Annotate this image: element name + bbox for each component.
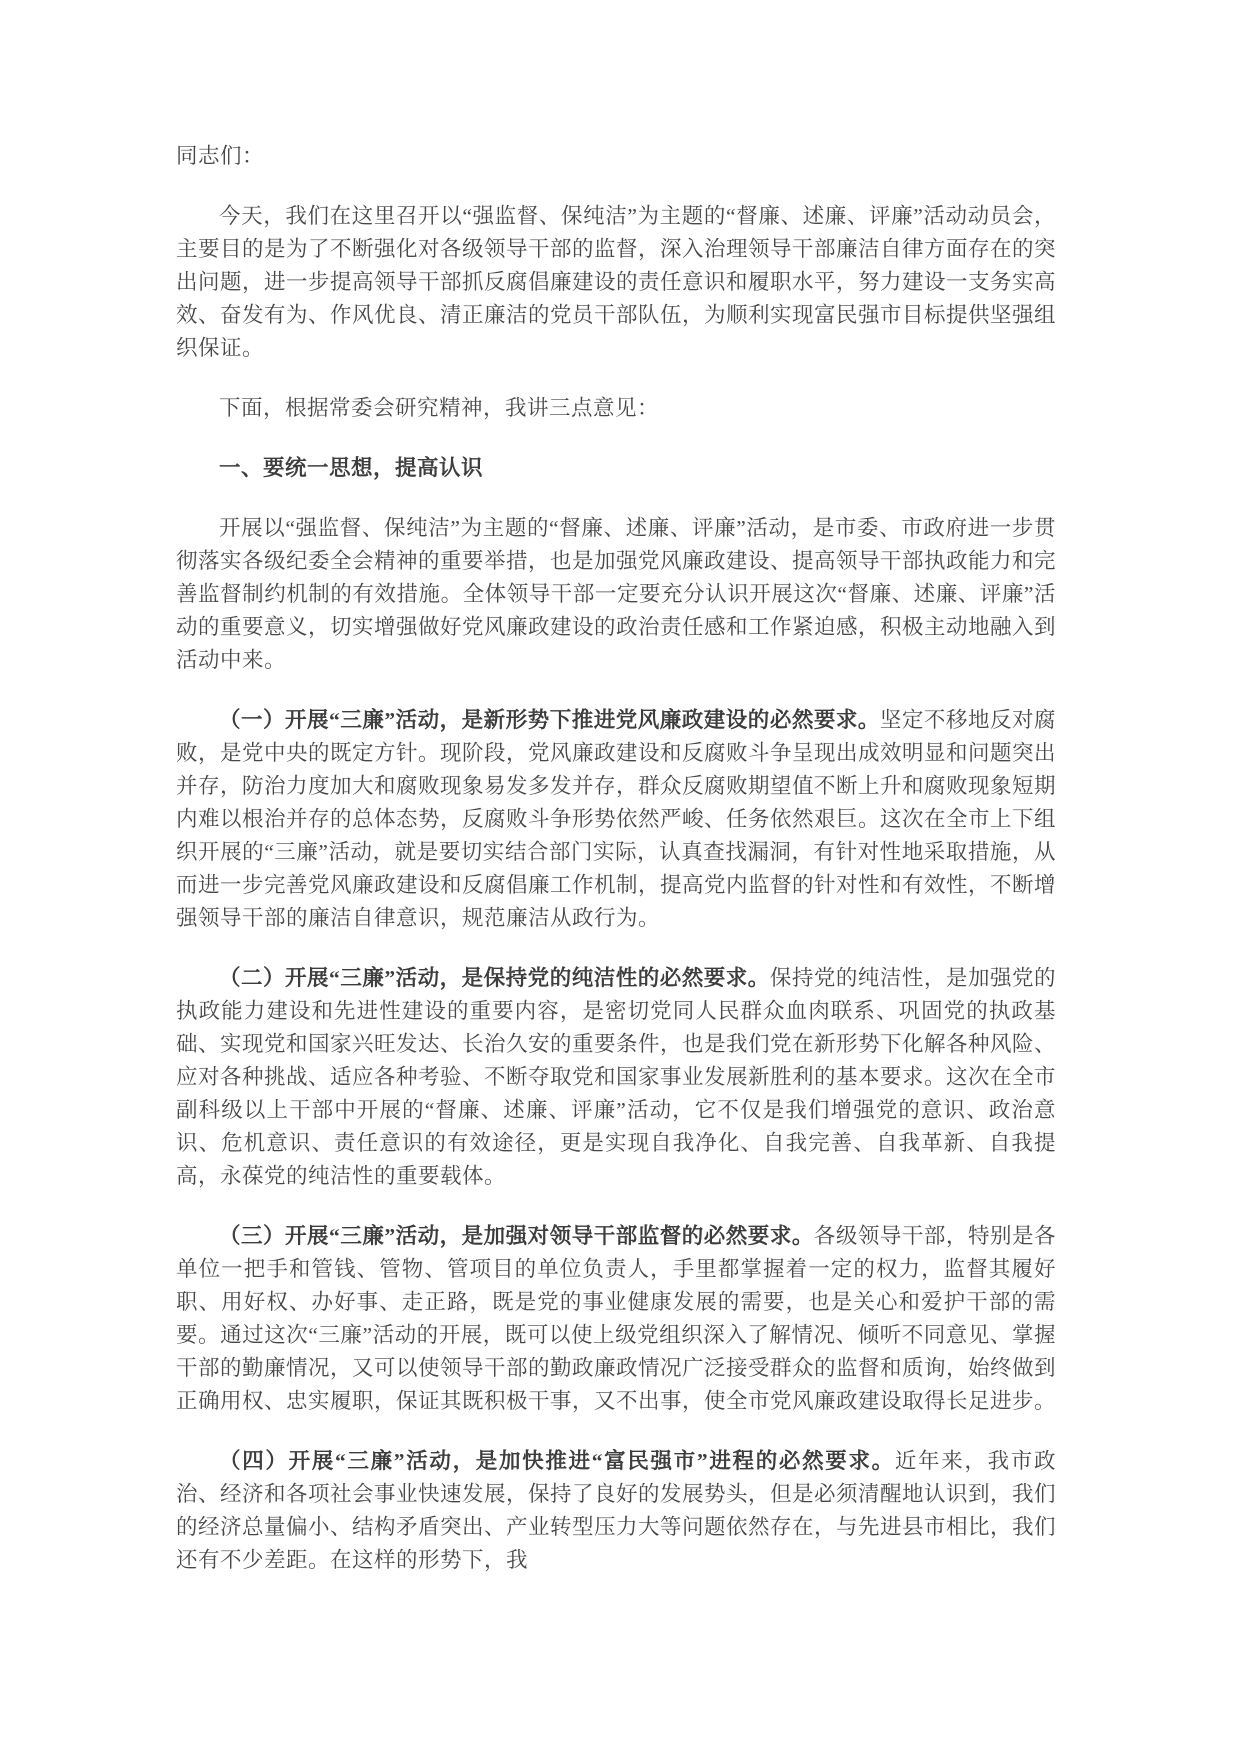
paragraph-lead: （一）开展“三廉”活动，是新形势下推进党风廉政建设的必然要求。	[219, 708, 880, 732]
intro-paragraph: 今天，我们在这里召开以“强监督、保纯洁”为主题的“督廉、述廉、评廉”活动动员会，…	[176, 200, 1056, 365]
item-paragraph-4: （四）开展“三廉”活动，是加快推进“富民强市”进程的必然要求。近年来，我市政治、…	[176, 1445, 1056, 1577]
item-paragraph-2: （二）开展“三廉”活动，是保持党的纯洁性的必然要求。保持党的纯洁性，是加强党的执…	[176, 962, 1056, 1193]
paragraph-lead: （二）开展“三廉”活动，是保持党的纯洁性的必然要求。	[219, 966, 770, 990]
item-paragraph-1: （一）开展“三廉”活动，是新形势下推进党风廉政建设的必然要求。坚定不移地反对腐败…	[176, 704, 1056, 935]
paragraph-lead: （三）开展“三廉”活动，是加强对领导干部监督的必然要求。	[219, 1224, 814, 1248]
document-body: 同志们：今天，我们在这里召开以“强监督、保纯洁”为主题的“督廉、述廉、评廉”活动…	[176, 140, 1056, 1577]
item-paragraph-3: （三）开展“三廉”活动，是加强对领导干部监督的必然要求。各级领导干部，特别是各单…	[176, 1220, 1056, 1418]
document-page: 同志们：今天，我们在这里召开以“强监督、保纯洁”为主题的“督廉、述廉、评廉”活动…	[0, 0, 1240, 1754]
section-1-intro-paragraph: 开展以“强监督、保纯洁”为主题的“督廉、述廉、评廉”活动，是市委、市政府进一步贯…	[176, 512, 1056, 677]
section-heading-1: 一、要统一思想，提高认识	[176, 452, 1056, 485]
paragraph-lead: （四）开展“三廉”活动，是加快推进“富民强市”进程的必然要求。	[219, 1449, 895, 1473]
salutation: 同志们：	[176, 140, 1056, 173]
transition-paragraph: 下面，根据常委会研究精神，我讲三点意见：	[176, 392, 1056, 425]
